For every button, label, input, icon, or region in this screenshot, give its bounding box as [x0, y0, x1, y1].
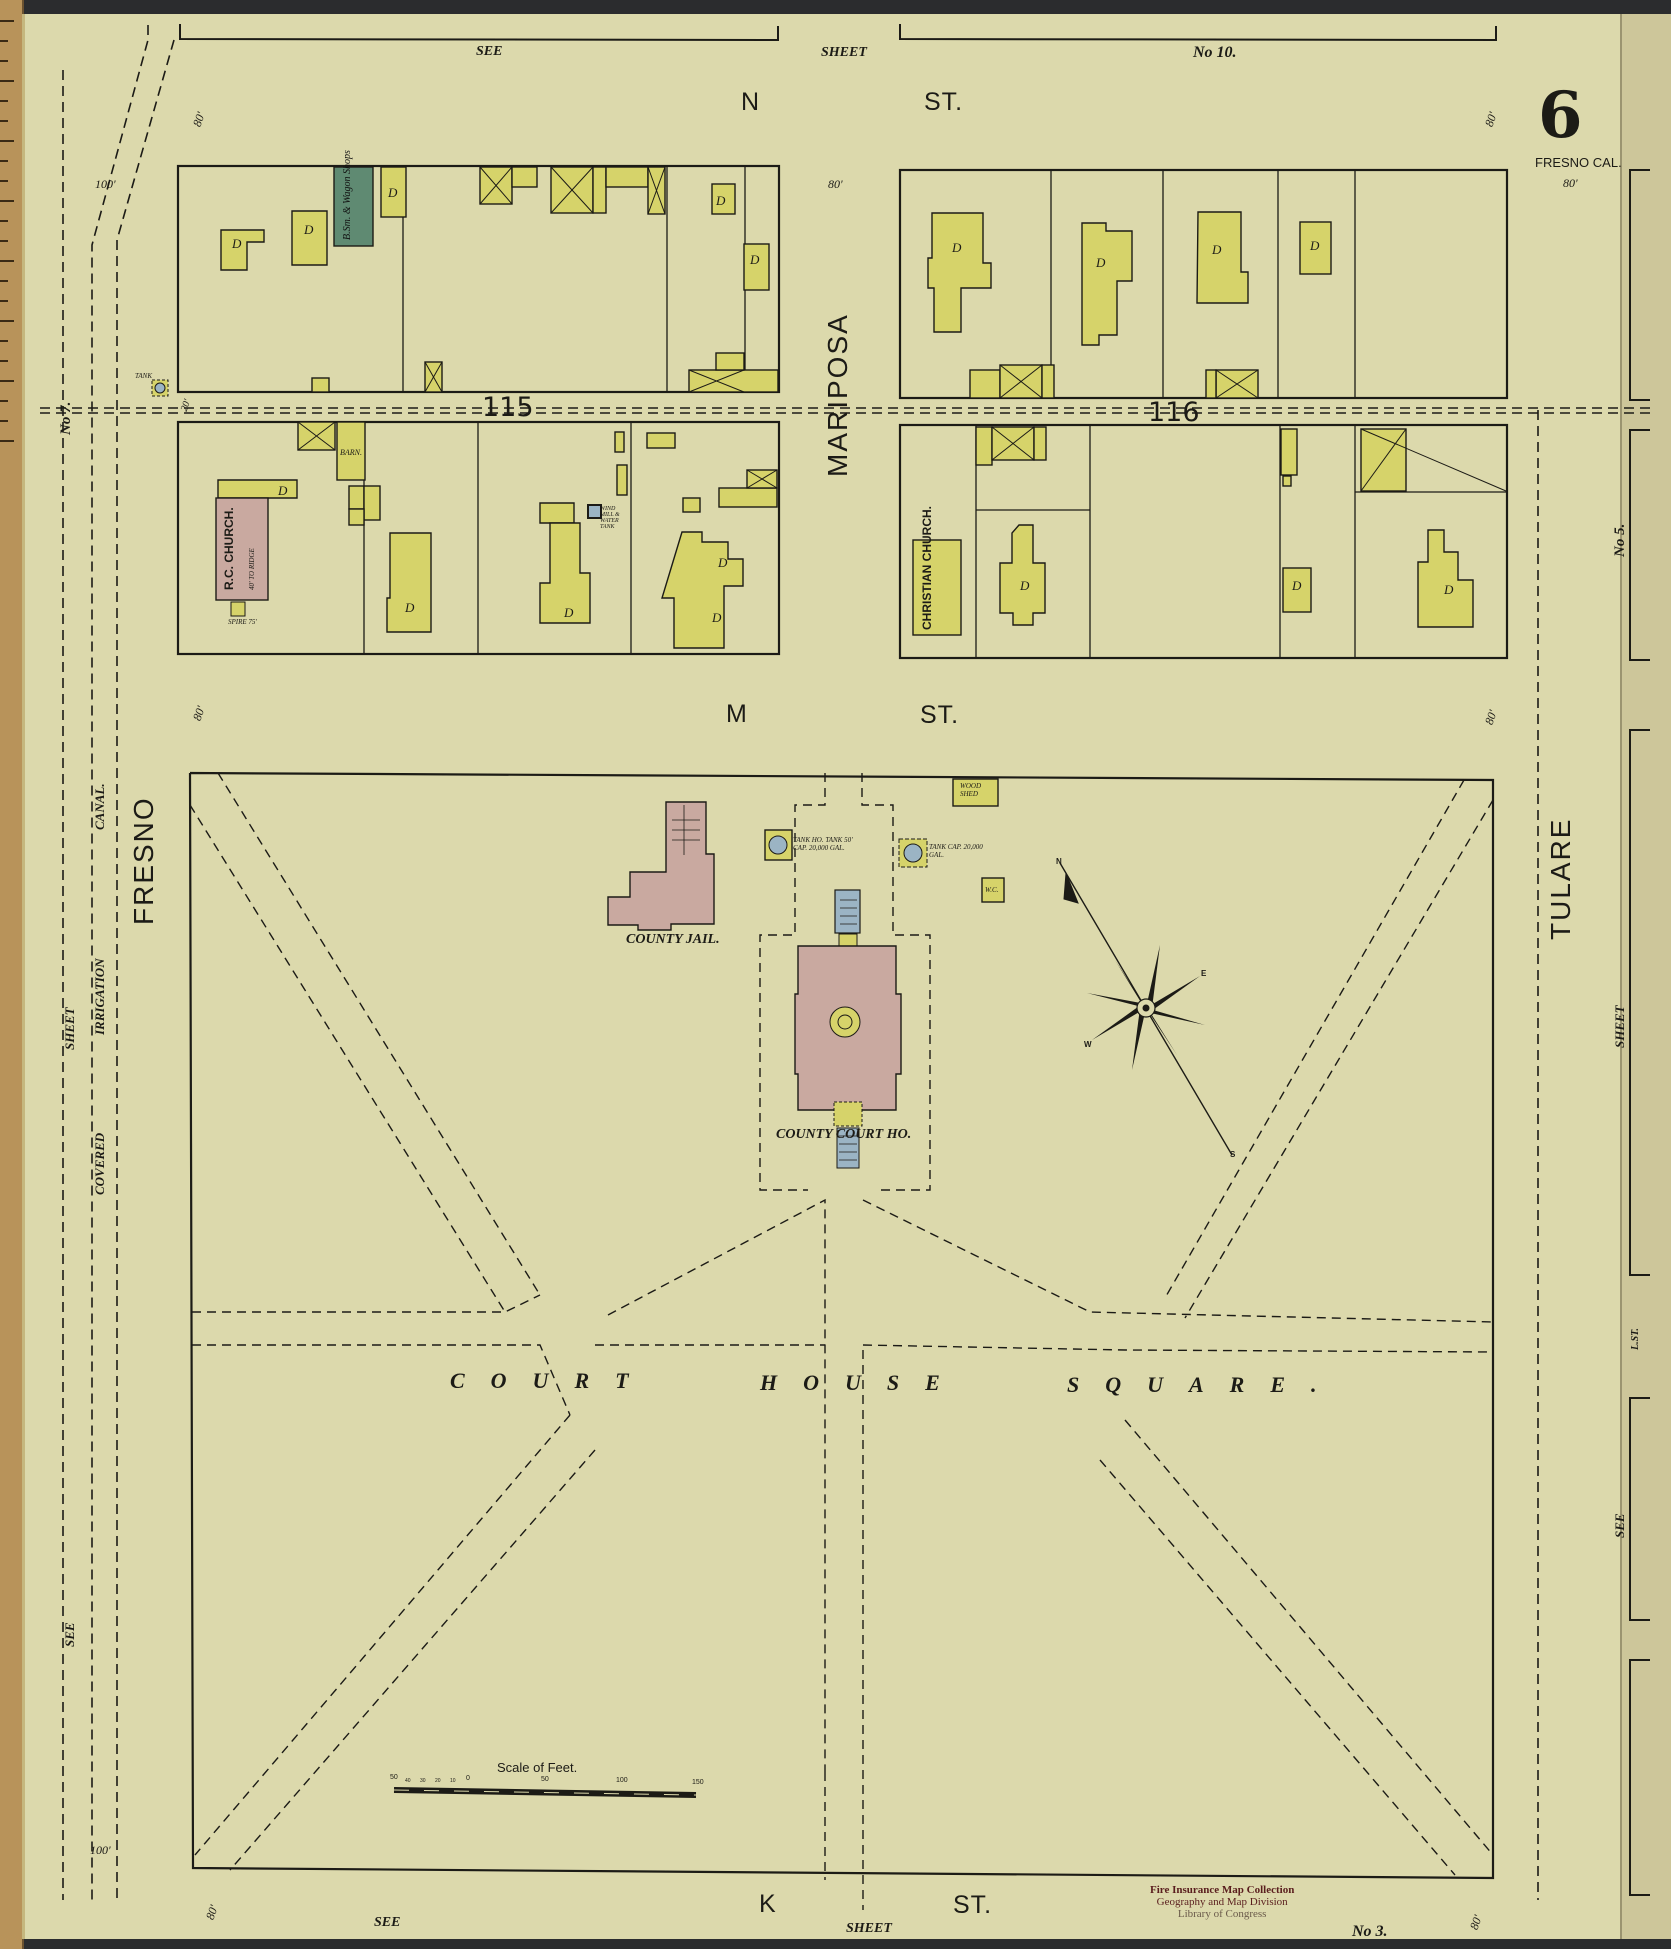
compass-s: S	[1230, 1150, 1235, 1159]
dwelling-label: D	[388, 185, 397, 201]
rc-church-label: R.C. CHURCH.	[222, 507, 236, 590]
square-word-square: SQUARE.	[1067, 1372, 1343, 1398]
rc-church-note: 40' TO RIDGE	[248, 548, 256, 590]
dwelling-label: D	[1292, 578, 1301, 594]
mariposa-width: 80'	[828, 177, 843, 192]
fresno-width-south: 100'	[90, 1843, 111, 1858]
block-115-north	[178, 166, 779, 392]
top-sheet-number: No 10.	[1193, 44, 1237, 62]
county-jail	[608, 802, 714, 930]
right-l-street-label: L.ST.	[1630, 1328, 1641, 1350]
city-label: FRESNO CAL.	[1535, 155, 1622, 170]
blacksmith-label: B.Sm. & Wagon Shops	[342, 150, 353, 240]
dwelling-label: D	[750, 252, 759, 268]
dwelling-label: D	[564, 605, 573, 621]
scale-tick: 30	[420, 1778, 426, 1784]
dwelling-label: D	[718, 555, 727, 571]
dwelling-label: D	[304, 222, 313, 238]
right-upper-sheet-number: No 5.	[1612, 524, 1629, 557]
block-115-label: 115	[482, 392, 534, 423]
scale-tick: 150	[692, 1779, 704, 1786]
top-sheet-label: SHEET	[821, 45, 867, 61]
barn-label: BARN.	[340, 448, 362, 457]
scale-tick: 50	[541, 1776, 549, 1783]
map-drawing	[0, 0, 1671, 1949]
spire-label: SPIRE 75'	[228, 618, 257, 626]
block-116-label: 116	[1148, 397, 1200, 428]
scale-tick: 50	[390, 1774, 398, 1781]
windmill-label: WIND MILL & WATER TANK	[600, 506, 630, 530]
dwelling-label: D	[1444, 582, 1453, 598]
dwelling-label: D	[1096, 255, 1105, 271]
bottom-see-label: SEE	[374, 1915, 400, 1931]
tank-label: TANK	[135, 372, 152, 380]
right-sheet-label: SHEET	[1612, 1005, 1628, 1048]
collection-stamp: Fire Insurance Map Collection Geography …	[1150, 1884, 1294, 1920]
county-jail-label: COUNTY JAIL.	[626, 932, 720, 948]
wood-shed-label: WOOD SHED	[960, 782, 995, 798]
canal-covered-label: COVERED	[92, 1133, 108, 1195]
tulare-width: 80'	[1563, 176, 1578, 191]
m-street-letter: M	[726, 700, 748, 729]
left-sheet-label: SHEET	[62, 1007, 78, 1050]
stamp-line-2: Geography and Map Division	[1150, 1896, 1294, 1908]
compass-n: N	[1056, 857, 1062, 866]
dwelling-label: D	[1020, 578, 1029, 594]
blacksmith-shop	[334, 167, 373, 246]
scale-tick: 20	[435, 1778, 441, 1784]
square-word-court: COURT	[450, 1368, 655, 1394]
canal-irrigation-label: IRRIGATION	[92, 958, 108, 1035]
scale-tick: 10	[450, 1778, 456, 1784]
christian-church-label: CHRISTIAN CHURCH.	[920, 506, 934, 630]
dwelling-label: D	[232, 236, 241, 252]
stamp-line-1: Fire Insurance Map Collection	[1150, 1884, 1294, 1896]
scale-bar	[394, 1790, 696, 1795]
left-see-label: SEE	[62, 1622, 78, 1647]
tank-east-label: TANK CAP. 20,000 GAL.	[929, 843, 999, 859]
scale-tick: 0	[466, 1775, 470, 1782]
left-sheet-number: No 7.	[58, 402, 75, 435]
dwelling-label: D	[952, 240, 961, 256]
mariposa-street-label: MARIPOSA	[822, 313, 854, 477]
scale-tick: 100	[616, 1777, 628, 1784]
right-see-label: SEE	[1612, 1513, 1628, 1538]
sheet-number: 6	[1538, 78, 1583, 153]
wc-label: W.C.	[985, 886, 998, 894]
top-see-label: SEE	[476, 44, 502, 60]
dwelling-label: D	[405, 600, 414, 616]
compass-rose	[1060, 863, 1232, 1155]
m-street-suffix: ST.	[920, 701, 959, 730]
stamp-line-3: Library of Congress	[1150, 1908, 1294, 1920]
n-street-letter: N	[741, 88, 760, 117]
fresno-street-label: FRESNO	[128, 796, 160, 925]
dwelling-label: D	[1310, 238, 1319, 254]
dwelling-label: D	[712, 610, 721, 626]
n-street-suffix: ST.	[924, 88, 963, 117]
compass-e: E	[1201, 969, 1206, 978]
scale-title: Scale of Feet.	[497, 1760, 577, 1775]
bottom-sheet-label: SHEET	[846, 1921, 892, 1937]
dwelling-label: D	[278, 483, 287, 499]
dwelling-label: D	[716, 193, 725, 209]
compass-w: W	[1084, 1040, 1092, 1049]
k-street-suffix: ST.	[953, 1891, 992, 1920]
fresno-width: 100'	[95, 177, 116, 192]
dwelling-label: D	[1212, 242, 1221, 258]
tank-house-label: TANK HO. TANK 50' CAP. 20,000 GAL.	[793, 836, 863, 852]
bottom-sheet-number: No 3.	[1352, 1923, 1388, 1941]
courthouse-label: COUNTY COURT HO.	[776, 1127, 911, 1143]
square-word-house: HOUSE	[760, 1370, 966, 1396]
tulare-street-label: TULARE	[1545, 818, 1577, 940]
canal-canal-label: CANAL.	[92, 783, 108, 830]
k-street-letter: K	[759, 1890, 777, 1919]
scale-tick: 40	[405, 1778, 411, 1784]
